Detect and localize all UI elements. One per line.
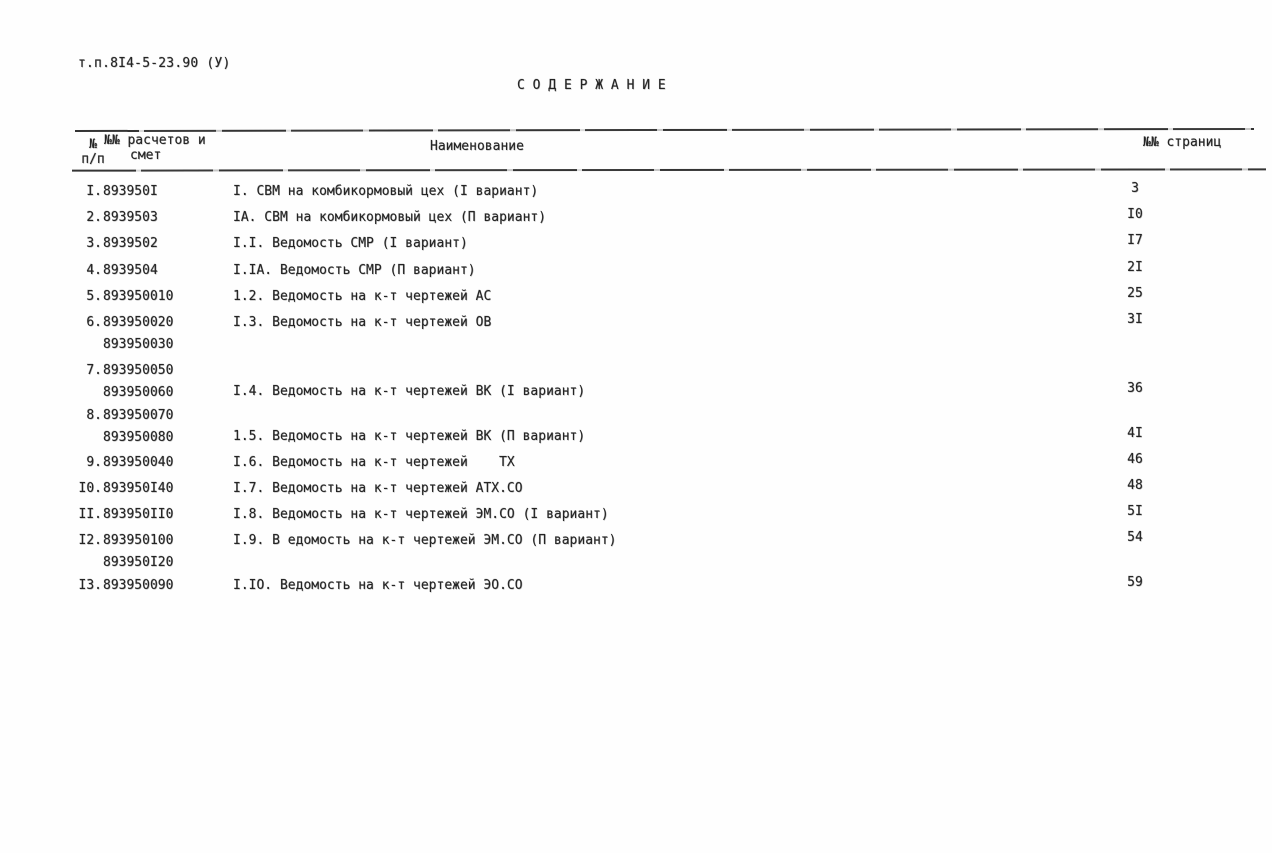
row-page: I0 [1103,204,1167,226]
column-header-pages: №№ страниц [1143,135,1221,150]
row-codes: 893950I [103,181,158,203]
table-row: 4. 8939504 I.IА. Ведомость СМР (П вариан… [0,260,1272,281]
column-header-calc-line1: №№ расчетов и [104,133,206,148]
row-number: 7. [64,360,102,382]
row-codes: 8939504 [103,260,158,282]
row-page: 48 [1103,475,1167,497]
row-name: I.7. Ведомость на к-т чертежей АТХ.СО [233,478,523,500]
row-number: I. [64,181,102,203]
row-name: I.3. Ведомость на к-т чертежей ОВ [233,312,491,334]
row-name: I.IА. Ведомость СМР (П вариант) [233,260,476,282]
row-name: 1.2. Ведомость на к-т чертежей АС [233,286,491,308]
row-codes: 893950100 893950I20 [103,530,173,573]
table-row: II. 893950II0 I.8. Ведомость на к-т черт… [0,504,1272,525]
table-row: 5. 893950010 1.2. Ведомость на к-т черте… [0,286,1272,307]
table-row: 2. 8939503 IА. СВМ на комбикормовый цех … [0,207,1272,228]
table-row: I0. 893950I40 I.7. Ведомость на к-т черт… [0,478,1272,499]
row-page: 36 [1103,378,1167,400]
row-number: I2. [64,530,102,552]
row-codes: 8939502 [103,233,158,255]
row-number: I0. [64,478,102,500]
doc-code: т.п.8I4-5-23.90 (У) [78,56,231,71]
row-name: I.IO. Ведомость на к-т чертежей ЭО.СО [233,575,523,597]
table-row: 3. 8939502 I.I. Ведомость СМР (I вариант… [0,233,1272,254]
table-row: I. 893950I I. СВМ на комбикормовый цех (… [0,181,1272,202]
table-row: 8. 893950070 893950080 1.5. Ведомость на… [0,405,1272,426]
row-codes: 8939503 [103,207,158,229]
table-top-rule [75,128,1254,132]
row-codes: 893950090 [103,575,173,597]
row-name: I. СВМ на комбикормовый цех (I вариант) [233,181,538,203]
row-name: I.9. В едомость на к-т чертежей ЭМ.СО (П… [233,530,617,552]
row-page: 5I [1103,501,1167,523]
table-row: I3. 893950090 I.IO. Ведомость на к-т чер… [0,575,1272,596]
row-number: II. [64,504,102,526]
document-page: т.п.8I4-5-23.90 (У) С О Д Е Р Ж А Н И Е … [0,0,1272,853]
row-codes: 893950050 893950060 [103,360,173,403]
column-header-calc: №№ расчетов исмет [104,133,206,163]
row-number: I3. [64,575,102,597]
row-name: I.4. Ведомость на к-т чертежей ВК (I вар… [233,381,585,403]
row-page: 4I [1103,423,1167,445]
row-number: 3. [64,233,102,255]
table-row: 9. 893950040 I.6. Ведомость на к-т черте… [0,452,1272,473]
table-row: 7. 893950050 893950060 I.4. Ведомость на… [0,360,1272,381]
table-row: 6. 893950020 893950030 I.3. Ведомость на… [0,312,1272,333]
row-page: 54 [1103,527,1167,549]
row-codes: 893950I40 [103,478,173,500]
row-page: 46 [1103,449,1167,471]
table-row: I2. 893950100 893950I20 I.9. В едомость … [0,530,1272,551]
row-name: 1.5. Ведомость на к-т чертежей ВК (П вар… [233,426,585,448]
row-page: I7 [1103,230,1167,252]
row-name: I.8. Ведомость на к-т чертежей ЭМ.СО (I … [233,504,609,526]
row-name: IА. СВМ на комбикормовый цех (П вариант) [233,207,546,229]
row-codes: 893950020 893950030 [103,312,173,355]
row-name: I.6. Ведомость на к-т чертежей ТХ [233,452,515,474]
row-number: 4. [64,260,102,282]
table-header-rule [72,168,1266,171]
row-page: 3I [1103,309,1167,331]
row-codes: 893950II0 [103,504,173,526]
row-codes: 893950010 [103,286,173,308]
row-page: 59 [1103,572,1167,594]
column-header-calc-line2: смет [104,148,206,163]
row-page: 2I [1103,257,1167,279]
row-number: 2. [64,207,102,229]
row-number: 6. [64,312,102,334]
row-codes: 893950070 893950080 [103,405,173,448]
row-number: 9. [64,452,102,474]
page-title: С О Д Е Р Ж А Н И Е [517,78,666,93]
row-number: 5. [64,286,102,308]
row-codes: 893950040 [103,452,173,474]
row-number: 8. [64,405,102,427]
row-page: 3 [1103,178,1167,200]
row-page: 25 [1103,283,1167,305]
column-header-name: Наименование [430,139,524,154]
row-name: I.I. Ведомость СМР (I вариант) [233,233,468,255]
